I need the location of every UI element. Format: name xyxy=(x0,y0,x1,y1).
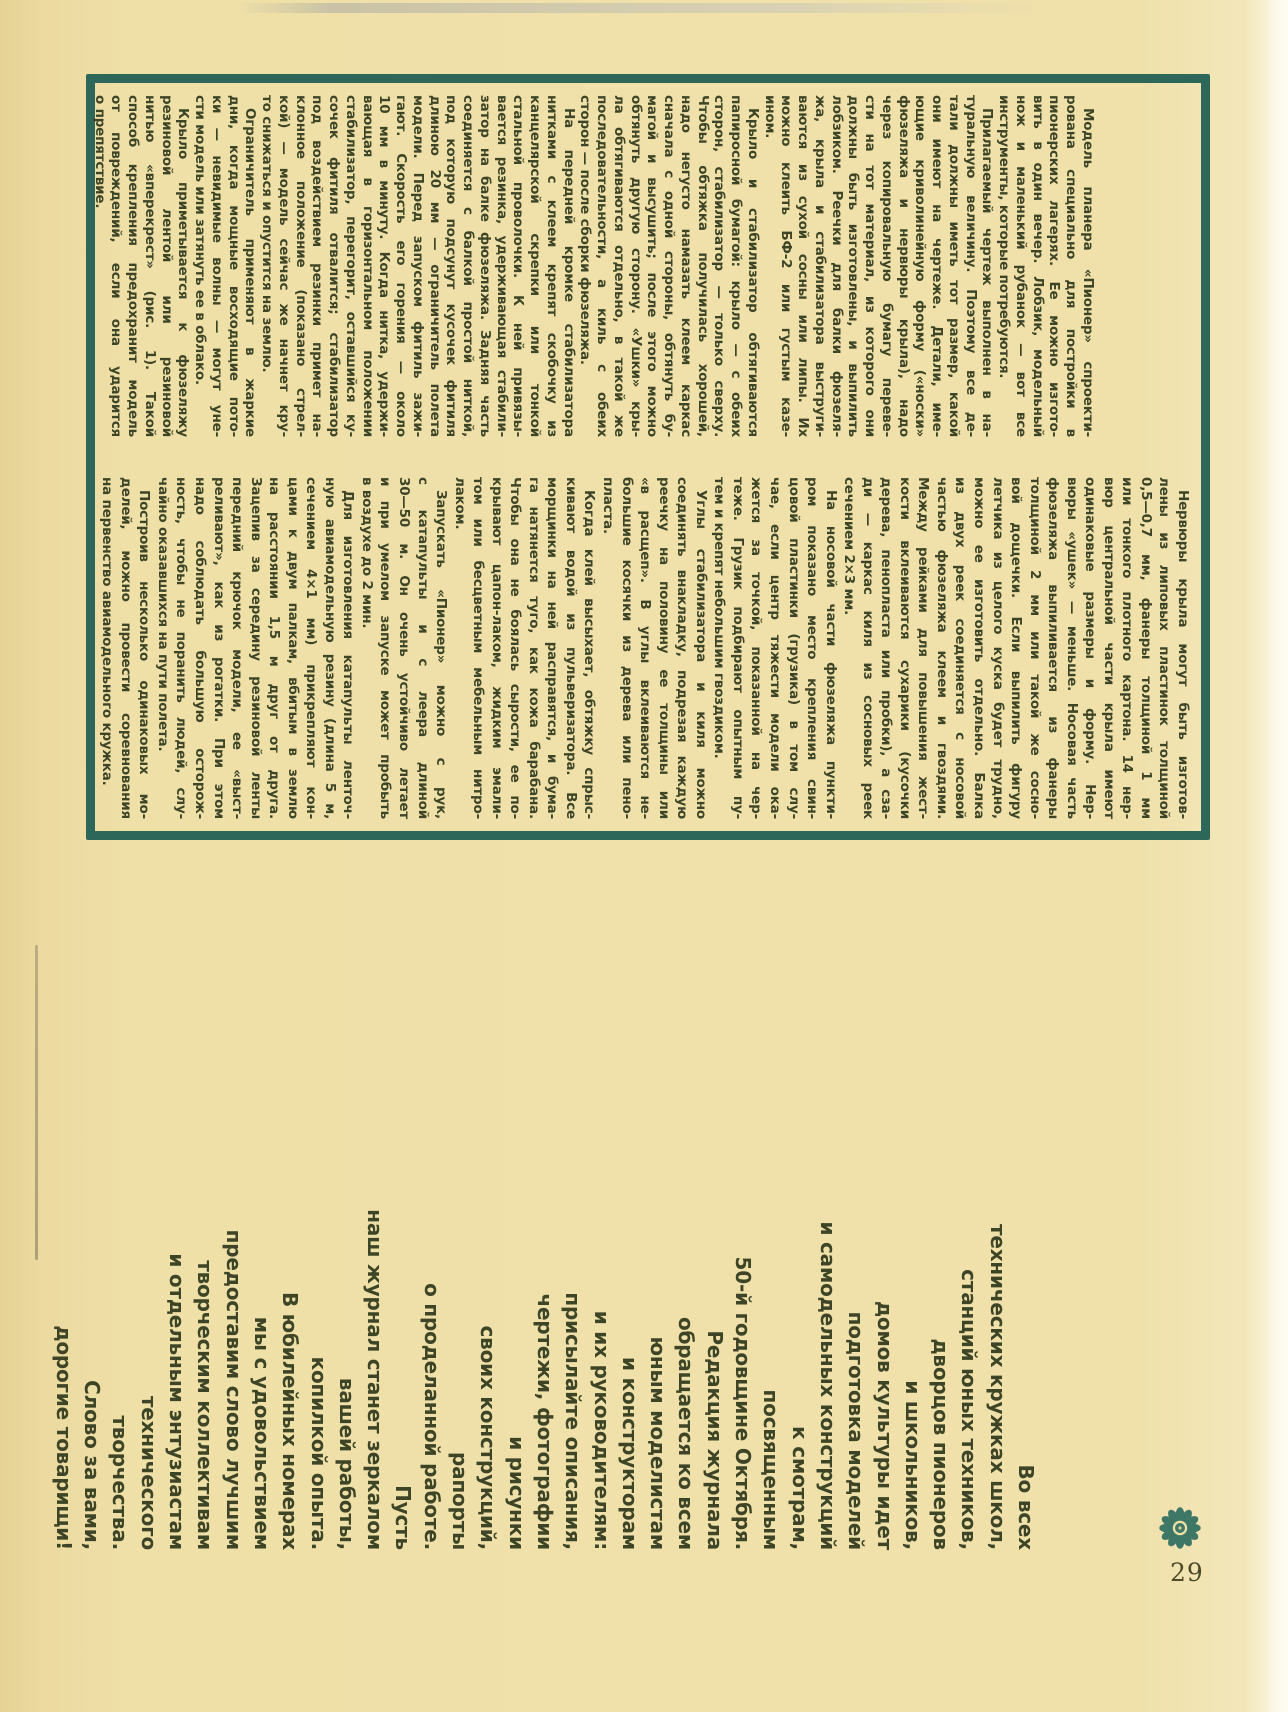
address-line: и школьников, xyxy=(899,990,927,1550)
article-line: толщиной 2 мм или такой же сосно- xyxy=(1025,477,1044,819)
article-line: нож и маленький рубанок — вот все xyxy=(1012,95,1029,437)
article-line: Крыло и стабилизатор обтягиваются xyxy=(744,95,761,437)
address-line: творческим коллективам xyxy=(191,990,219,1550)
address-line: В юбилейных номерах xyxy=(276,990,304,1550)
article-line: нитками с клеем крепят скобочку из xyxy=(543,95,560,437)
article-columns: Модель планера «Пионер» спроекти-рована … xyxy=(95,83,1201,831)
address-line: Во всех xyxy=(1012,990,1040,1550)
address-line: станций юных техников, xyxy=(955,990,983,1550)
article-line: кости вклеиваются сухарики (кусочки xyxy=(895,477,914,819)
address-line: и отдельным энтузиастам xyxy=(163,990,191,1550)
article-column-2: Нервюры крыла могут быть изготов-лены из… xyxy=(104,477,1192,819)
article-line: через копировальную бумагу переве- xyxy=(878,95,895,437)
article-line: из двух реек соединяется с носовой xyxy=(951,477,970,819)
address-line: обращается ко всем xyxy=(672,990,700,1550)
article-line: На передней кромке стабилизатора xyxy=(560,95,577,437)
article-line: инструменты, которые потребуются. xyxy=(996,95,1013,437)
address-line: вашей работы, xyxy=(333,990,361,1550)
article-line: ваются из сухой сосны или липы. Их xyxy=(795,95,812,437)
article-line: ность, чтобы не поранить людей, слу- xyxy=(172,477,191,819)
article-line: резиновой лентой или резиновой xyxy=(158,95,175,437)
article-column-1: Модель планера «Пионер» спроекти-рована … xyxy=(104,95,1192,437)
article-line: соединять внакладку, подрезая каждую xyxy=(673,477,692,819)
article-line: на первенство авиамодельного кружка. xyxy=(98,477,117,819)
article-line: нитью «вперекрест» (рис. 1). Такой xyxy=(141,95,158,437)
article-line: вить в один вечер. Лобзик, модельный xyxy=(1029,95,1046,437)
article-line: можно ее изготовить отдельно. Балка xyxy=(969,477,988,819)
address-line: дворцов пионеров xyxy=(927,990,955,1550)
article-line: то снижаться и опустится на землю. xyxy=(259,95,276,437)
address-line: предоставим слово лучшим xyxy=(219,990,247,1550)
article-line: или тонкого плотного картона. 14 нер- xyxy=(1118,477,1137,819)
article-line: сторон — после сборки фюзеляжа. xyxy=(577,95,594,437)
article-line: о препятствие. xyxy=(91,95,108,437)
article-line: 30—50 м. Он очень устойчиво летает xyxy=(394,477,413,819)
article-line: реечку на половину ее толщины или xyxy=(654,477,673,819)
address-line: и конструкторам xyxy=(616,990,644,1550)
rotated-content: Модель планера «Пионер» спроекти-рована … xyxy=(0,0,1288,1712)
article-line: На носовой части фюзеляжа пункти- xyxy=(821,477,840,819)
article-line: ки — невидимые волны — могут уне- xyxy=(208,95,225,437)
article-line: затор на балке фюзеляжа. Задняя часть xyxy=(476,95,493,437)
article-line: туральную величину. Поэтому все де- xyxy=(962,95,979,437)
article-line: кивают водой из пульверизатора. Все xyxy=(561,477,580,819)
article-line: фюзеляжа выпиливается из фанеры xyxy=(1044,477,1063,819)
article-line: и при умелом запуске может пробыть xyxy=(376,477,395,819)
address-line: Слово за вами, xyxy=(78,990,106,1550)
article-line: крывают цапон-лаком, жидким эмали- xyxy=(487,477,506,819)
article-line: от повреждений, если она ударится xyxy=(108,95,125,437)
article-line: реливают», как из рогатки. При этом xyxy=(209,477,228,819)
article-line: Углы стабилизатора и киля можно xyxy=(691,477,710,819)
article-line: под воздействием резинки примет на- xyxy=(309,95,326,437)
article-line: обтянуть другую сторону. «Ушки» кры- xyxy=(627,95,644,437)
magazine-page: Модель планера «Пионер» спроекти-рована … xyxy=(0,0,1288,1712)
address-line: дорогие товарищи! xyxy=(50,990,78,1550)
article-line: магой и высушить; после этого можно xyxy=(644,95,661,437)
address-line: и рисунки xyxy=(502,990,530,1550)
article-line: Запускать «Пионер» можно с рук, xyxy=(432,477,451,819)
article-line: надо соблюдать большую осторож- xyxy=(190,477,209,819)
article-line: жа, крыла и стабилизатора выструги- xyxy=(811,95,828,437)
article-line: кой) — модель сейчас же начнет кру- xyxy=(275,95,292,437)
article-line: пионерских лагерях. Ее можно изгото- xyxy=(1046,95,1063,437)
address-line: технического xyxy=(135,990,163,1550)
article-line: цовой пластинки (грузика) в том слу- xyxy=(784,477,803,819)
article-line: «в расщеп». В углы вклеиваются не- xyxy=(636,477,655,819)
address-line: Редакция журнала xyxy=(700,990,728,1550)
article-frame: Модель планера «Пионер» спроекти-рована … xyxy=(86,74,1210,840)
article-line: цами к двум палкам, вбитым в землю xyxy=(283,477,302,819)
address-line: домов культуры идет xyxy=(870,990,898,1550)
article-line: лены из липовых пластинок толщиной xyxy=(1155,477,1174,819)
article-line: вюр центральной части крыла имеют xyxy=(1099,477,1118,819)
article-line: частью фюзеляжа клеем и гвоздями. xyxy=(932,477,951,819)
article-line: длиною 20 мм — ограничитель полета xyxy=(426,95,443,437)
article-line: в воздухе до 2 мин. xyxy=(357,477,376,819)
article-line: чае, если центр тяжести модели ока- xyxy=(765,477,784,819)
article-line: сторон, стабилизатор — только сверху. xyxy=(711,95,728,437)
page-edge-highlight xyxy=(1264,0,1288,1712)
article-line: 10 мм в минуту. Когда нитка, удержи- xyxy=(376,95,393,437)
article-line: пласта. xyxy=(599,477,618,819)
article-line: ную авиамодельную резину (длина 5 м, xyxy=(320,477,339,819)
article-line: морщинки на ней расправятся, и бума- xyxy=(543,477,562,819)
address-line: подготовка моделей xyxy=(842,990,870,1550)
article-line: ром показано место крепления свин- xyxy=(803,477,822,819)
article-line: вюры «ушек» — меньше. Носовая часть xyxy=(1062,477,1081,819)
address-line: технических кружках школ, xyxy=(983,990,1011,1550)
article-line: тем и крепят небольшим гвоздиком. xyxy=(710,477,729,819)
article-line: клонное положение (показано стрел- xyxy=(292,95,309,437)
article-line: сначала с одной стороны, обтянуть бу- xyxy=(661,95,678,437)
article-line: дерева, пенопласта или пробки), а сза- xyxy=(877,477,896,819)
article-line: лаком. xyxy=(450,477,469,819)
article-line: дни, когда мощные восходящие пото- xyxy=(225,95,242,437)
article-line: передний крючок модели, ее «выст- xyxy=(228,477,247,819)
article-line: можно клеить БФ-2 или густым казе- xyxy=(778,95,795,437)
article-line: большие косячки из дерева или пено- xyxy=(617,477,636,819)
article-line: они имеют на чертеже. Детали, име- xyxy=(929,95,946,437)
address-line: о проделанной работе. xyxy=(417,990,445,1550)
article-line: Чтобы обтяжка получилась хорошей, xyxy=(694,95,711,437)
page-number: 29 xyxy=(1170,1558,1204,1587)
article-line: чайно оказавшихся на пути полета. xyxy=(153,477,172,819)
article-line: ди — каркас киля из сосновых реек xyxy=(858,477,877,819)
article-line: летчика из целого куска будет трудно, xyxy=(988,477,1007,819)
address-line: копилкой опыта. xyxy=(304,990,332,1550)
article-line: вающая в горизонтальном положении xyxy=(359,95,376,437)
article-line: вой дощечки. Если выпилить фигуру xyxy=(1007,477,1026,819)
article-line: 0,5—0,7 мм, фанеры толщиной 1 мм xyxy=(1136,477,1155,819)
article-line: Нервюры крыла могут быть изготов- xyxy=(1173,477,1192,819)
article-line: стабилизатор, перегорит, оставшийся ку- xyxy=(342,95,359,437)
article-line: рована специально для постройки в xyxy=(1063,95,1080,437)
rosette-stamp-icon xyxy=(1156,1504,1204,1552)
article-line: том или бесцветным мебельным нитро- xyxy=(469,477,488,819)
article-line: должны быть изготовлены, и выпилить xyxy=(845,95,862,437)
article-line: Чтобы она не боялась сырости, ее по- xyxy=(506,477,525,819)
article-line: одинаковые размеры и форму. Нер- xyxy=(1081,477,1100,819)
article-line: Между рейками для повышения жест- xyxy=(914,477,933,819)
article-line: Ограничитель применяют в жаркие xyxy=(242,95,259,437)
article-line: стальной проволочки. К ней привязы- xyxy=(510,95,527,437)
article-line: га натянется туго, как кожа барабана. xyxy=(524,477,543,819)
address-line: к смотрам, xyxy=(785,990,813,1550)
article-line: сти модель или затянуть ее в облако. xyxy=(192,95,209,437)
address-line: 50-й годовщине Октября. xyxy=(729,990,757,1550)
editorial-address-block: Во всехтехнических кружках школ,станций … xyxy=(50,990,1040,1550)
article-line: Когда клей высыхает, обтяжку спрыс- xyxy=(580,477,599,819)
article-line: под которую подсунут кусочек фитиля xyxy=(443,95,460,437)
article-line: сти на тот материал, из которого они xyxy=(862,95,879,437)
address-line: творчества. xyxy=(106,990,134,1550)
article-line: надо негусто намазать клеем каркас xyxy=(677,95,694,437)
article-line: Модель планера «Пионер» спроекти- xyxy=(1079,95,1096,437)
article-line: лобзиком. Реечки для балки фюзеля- xyxy=(828,95,845,437)
article-line: Для изготовления катапульты ленточ- xyxy=(339,477,358,819)
article-line: Построив несколько одинаковых мо- xyxy=(135,477,154,819)
article-line: на расстоянии 1,5 м друг от друга. xyxy=(265,477,284,819)
address-line: своих конструкций, xyxy=(474,990,502,1550)
article-line: ла обтягиваются отдельно, в такой же xyxy=(610,95,627,437)
article-line: модели. Перед запуском фитиль зажи- xyxy=(409,95,426,437)
address-line: и самодельных конструкций xyxy=(814,990,842,1550)
article-line: теже. Грузик подбирают опытным пу- xyxy=(728,477,747,819)
article-line: гают. Скорость его горения — около xyxy=(393,95,410,437)
article-line: Прилагаемый чертеж выполнен в на- xyxy=(979,95,996,437)
article-line: ином. xyxy=(761,95,778,437)
address-line: посвященным xyxy=(757,990,785,1550)
article-line: Зацепив за середину резиновой ленты xyxy=(246,477,265,819)
article-line: жется за точкой, показанной на чер- xyxy=(747,477,766,819)
article-line: ющие криволинейную форму («носки» xyxy=(912,95,929,437)
address-line: наш журнал станет зеркалом xyxy=(361,990,389,1550)
address-line: и их руководителям: xyxy=(587,990,615,1550)
article-line: тали должны иметь тот размер, какой xyxy=(945,95,962,437)
article-line: фюзеляжа и нервюры крыла), надо xyxy=(895,95,912,437)
article-line: делей, можно провести соревнования xyxy=(116,477,135,819)
address-line: Пусть xyxy=(389,990,417,1550)
address-line: присылайте описания, xyxy=(559,990,587,1550)
article-line: последовательности, а киль с обеих xyxy=(594,95,611,437)
address-line: юным моделистам xyxy=(644,990,672,1550)
address-line: рапорты xyxy=(446,990,474,1550)
article-line: канцелярской скрепки или тонкой xyxy=(527,95,544,437)
address-line: чертежи, фотографии xyxy=(531,990,559,1550)
article-line: соединяется с балкой простой ниткой, xyxy=(460,95,477,437)
article-line: вается резинка, удерживающая стабили- xyxy=(493,95,510,437)
article-line: способ крепления предохранит модель xyxy=(125,95,142,437)
article-line: сечением 4×1 мм) прикрепляют кон- xyxy=(302,477,321,819)
article-line: Крыло приметывается к фюзеляжу xyxy=(175,95,192,437)
address-line: мы с удовольствием xyxy=(248,990,276,1550)
article-line: сочек фитиля отвалится; стабилизатор xyxy=(326,95,343,437)
article-line: сечением 2×3 мм. xyxy=(840,477,859,819)
article-line: с катапульты и с леера длиной xyxy=(413,477,432,819)
article-line: папиросной бумагой: крыло — с обеих xyxy=(728,95,745,437)
